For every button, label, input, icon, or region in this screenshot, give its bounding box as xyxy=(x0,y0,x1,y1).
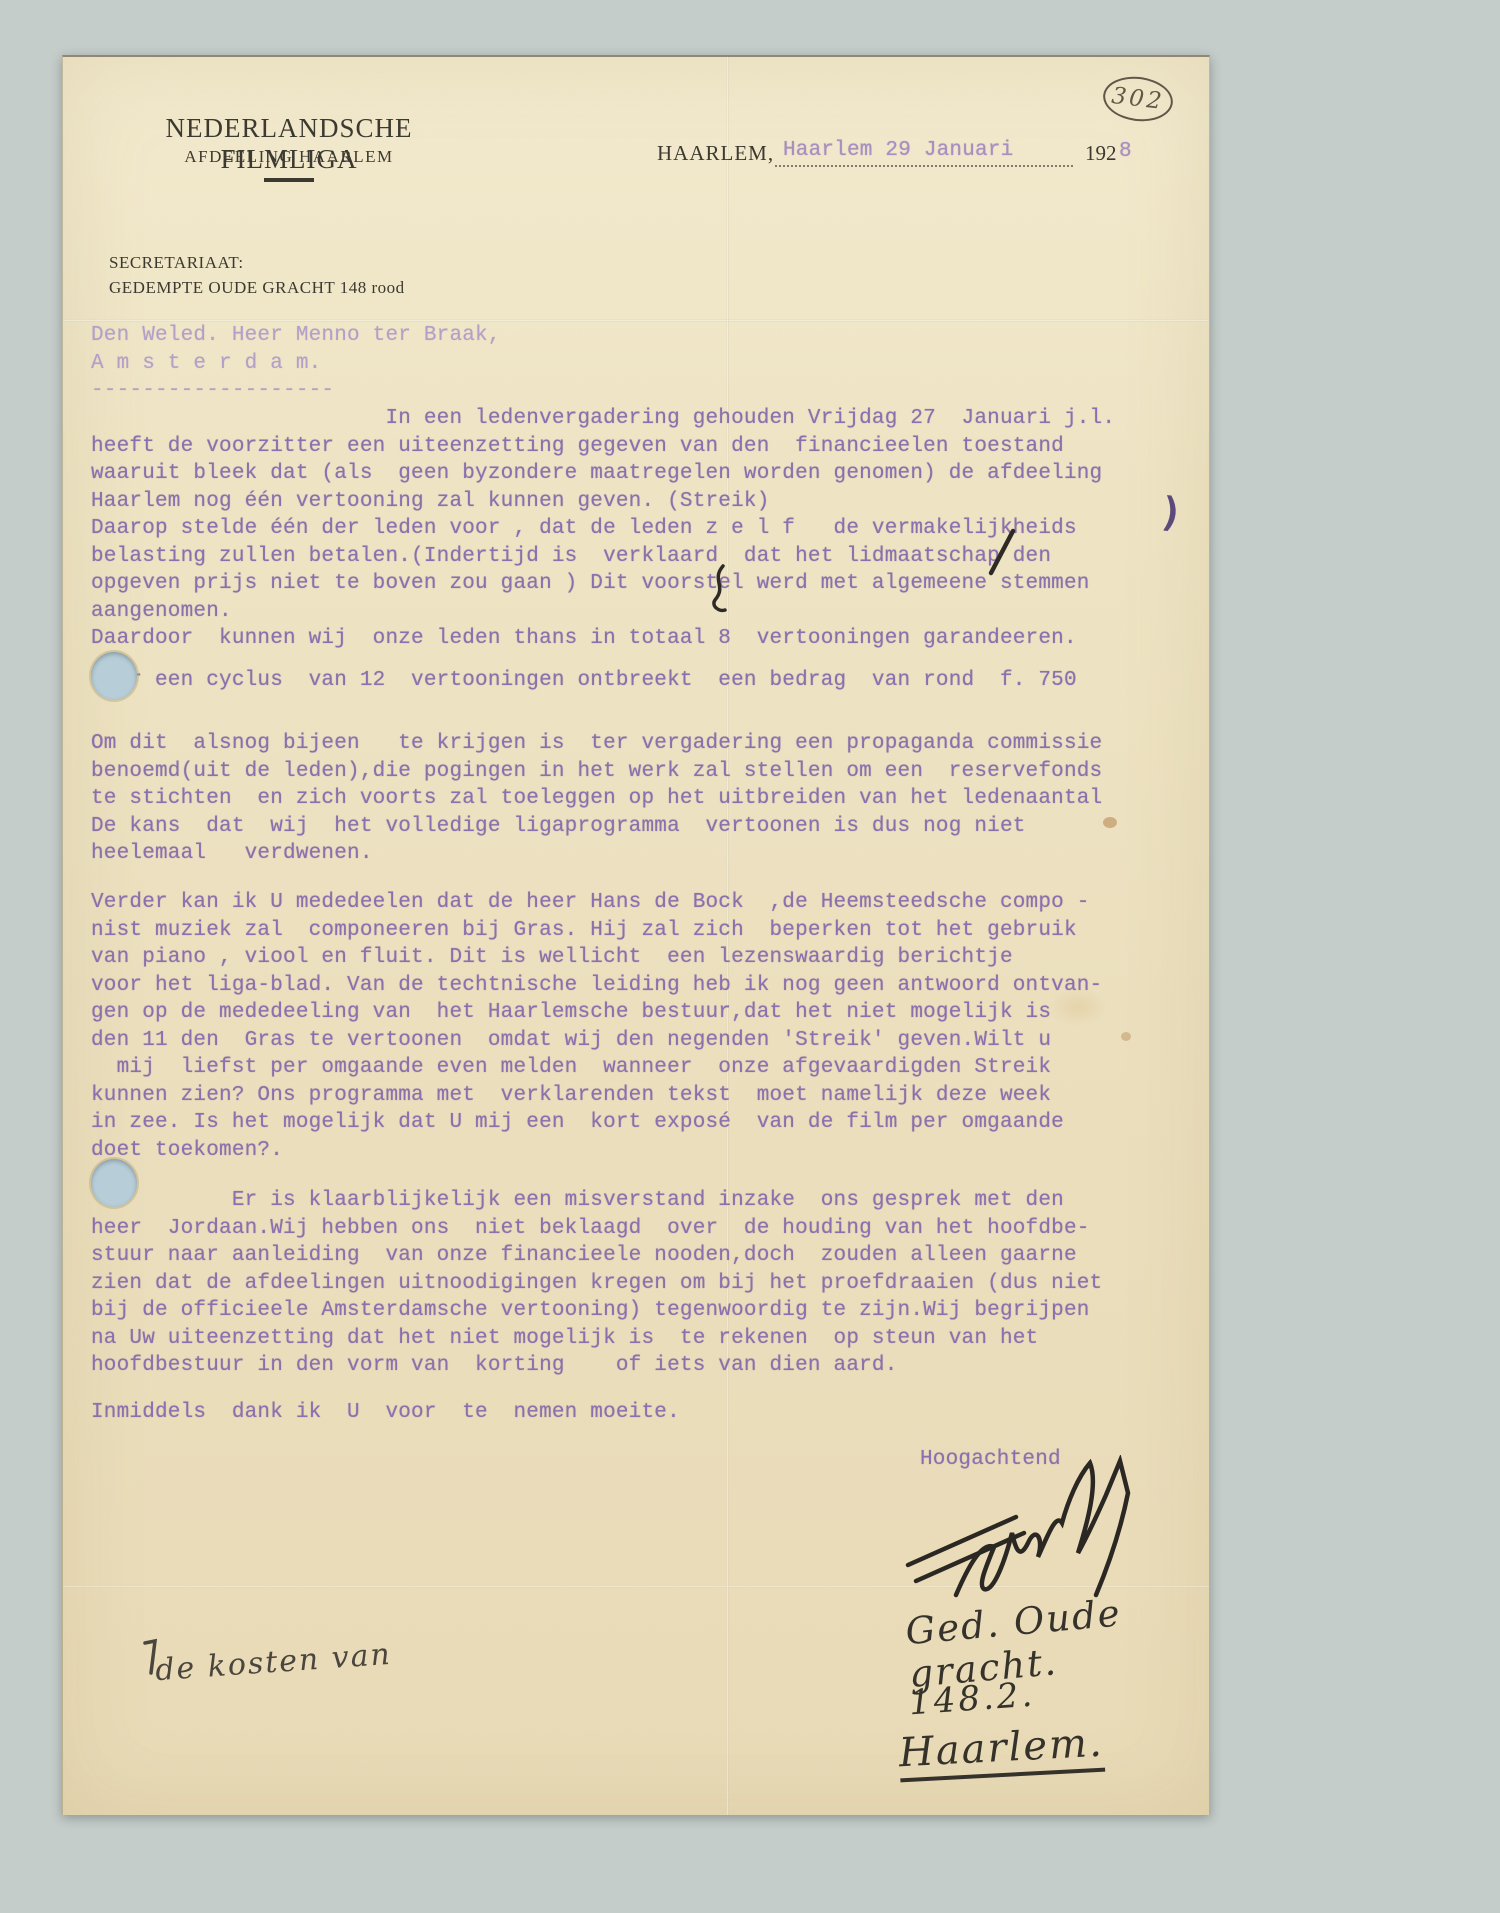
secretariat-address: GEDEMPTE OUDE GRACHT 148 rood xyxy=(109,278,405,298)
punch-hole-top xyxy=(91,652,137,700)
stain-spot-3 xyxy=(1048,987,1108,1027)
year-typed: 8 xyxy=(1119,138,1132,166)
year-printed: 192 xyxy=(1085,141,1117,166)
punch-hole-bottom xyxy=(91,1159,137,1207)
bracket-mark xyxy=(141,1637,159,1677)
ink-slash-mark xyxy=(981,527,1021,577)
stain-spot-2 xyxy=(1121,1032,1131,1041)
ink-paren-mark: ) xyxy=(1157,489,1186,537)
paragraph-4: Verder kan ik U mededeelen dat de heer H… xyxy=(91,889,1102,1164)
handwritten-address-line3: Haarlem. xyxy=(898,1720,1105,1783)
paragraph-1: In een ledenvergadering gehouden Vrijdag… xyxy=(91,405,1115,653)
letter-page: NEDERLANDSCHE FILMLIGA AFDEELING HAARLEM… xyxy=(62,55,1210,1815)
paragraph-3: Om dit alsnog bijeen te krijgen is ter v… xyxy=(91,730,1102,868)
letterhead-rule xyxy=(264,178,314,182)
handwritten-address-line2: 148.2. xyxy=(908,1675,1037,1724)
paragraph-2: Voor een cyclus van 12 vertooningen ontb… xyxy=(91,667,1077,695)
ink-squiggle-mark xyxy=(703,562,733,617)
org-subtitle: AFDEELING HAARLEM xyxy=(109,147,469,167)
stain-spot-1 xyxy=(1103,817,1117,828)
recipient-block: Den Weled. Heer Menno ter Braak, A m s t… xyxy=(91,322,501,405)
secretariat-label: SECRETARIAAT: xyxy=(109,253,244,273)
date-typed: Haarlem 29 Januari xyxy=(783,137,1013,165)
bottom-left-note: de kosten van xyxy=(154,1637,393,1688)
corner-number-annotation: 302 xyxy=(1101,73,1176,125)
scan-background: { "annotations": { "corner_number": "302… xyxy=(0,0,1500,1913)
city-label: HAARLEM, xyxy=(657,141,774,166)
paragraph-6: Inmiddels dank ik U voor te nemen moeite… xyxy=(91,1399,680,1427)
paragraph-5: Er is klaarblijkelijk een misverstand in… xyxy=(91,1187,1102,1380)
signature-scrawl xyxy=(898,1455,1148,1625)
